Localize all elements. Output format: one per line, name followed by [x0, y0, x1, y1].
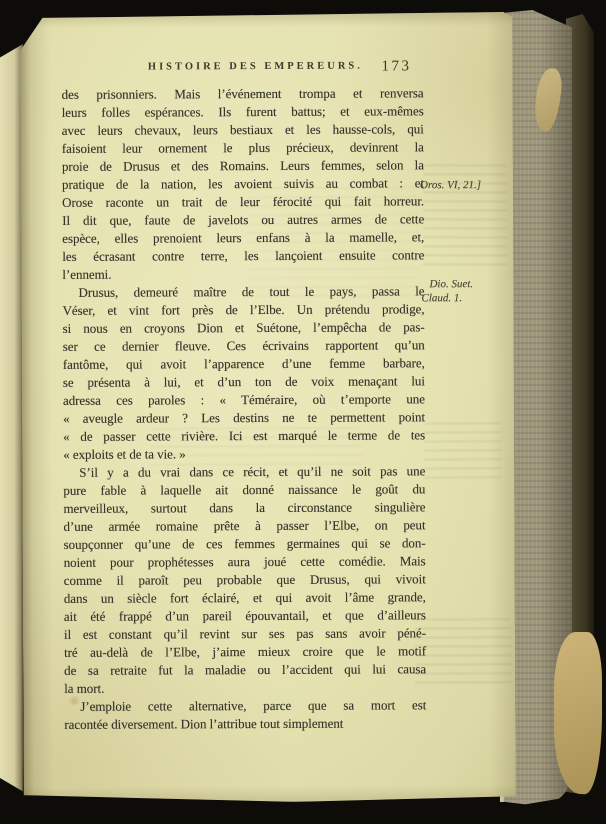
text-line: si nous en croyons Dion et Suétone, l’em…	[63, 318, 425, 338]
text-line: faisoient leur ornement le plus précieux…	[62, 138, 424, 158]
facing-page-edge	[0, 44, 23, 796]
text-line: avec leurs chevaux, leurs bestiaux et le…	[62, 120, 424, 140]
book-page: HISTOIRE DES EMPEREURS. 173 des prisonni…	[20, 12, 515, 803]
page-text: des prisonniers. Mais l’événement trompa…	[62, 84, 427, 734]
text-line: pratique de la nation, les avoient suivi…	[62, 174, 424, 194]
show-through-text	[415, 618, 511, 690]
text-line: S’il y a du vrai dans ce récit, et qu’il…	[63, 462, 425, 482]
margin-note-claud: Claud. 1.	[421, 292, 462, 304]
page-header: HISTOIRE DES EMPEREURS. 173	[61, 60, 423, 82]
text-line: Il dit que, faute de javelots ou autres …	[62, 210, 424, 230]
text-line: J’emploie cette alternative, parce que s…	[64, 696, 426, 716]
text-line: Drusus, demeuré maître de tout le pays, …	[62, 282, 424, 302]
text-line: d’une armée romaine prête à passer l’Elb…	[63, 516, 425, 536]
text-line: comme il paroît peu probable que Drusus,…	[64, 570, 426, 590]
text-line: fantôme, qui avoit l’apparence d’une fem…	[63, 354, 425, 374]
show-through-text	[424, 422, 502, 484]
running-header: HISTOIRE DES EMPEREURS.	[148, 61, 363, 73]
text-line: « aveugle ardeur ? Les destins ne te per…	[63, 408, 425, 428]
text-line: tré au-delà de l’Elbe, j’aime mieux croi…	[64, 642, 426, 662]
text-line: la mort.	[64, 678, 426, 698]
text-line: il est constant qu’il revint sur ses pas…	[64, 624, 426, 644]
text-line: de sa retraite fut la maladie ou l’accid…	[64, 660, 426, 680]
text-line: se présenta à lui, et d’un ton de voix m…	[63, 372, 425, 392]
text-line: soupçonner qu’une de ces femmes germaine…	[64, 534, 426, 554]
text-line: Véser, et vint fort près de l’Elbe. Un p…	[63, 300, 425, 320]
text-line: les écrasant contre terre, les lançoient…	[62, 246, 424, 266]
text-line: des prisonniers. Mais l’événement trompa…	[62, 84, 424, 104]
text-line: adressa ces paroles : « Téméraire, où t’…	[63, 390, 425, 410]
text-line: « exploits et de ta vie. »	[63, 444, 425, 464]
page-number: 173	[381, 58, 411, 75]
text-line: ser ce dernier fleuve. Ces écrivains rap…	[63, 336, 425, 356]
text-line: Orose raconte un trait de leur férocité …	[62, 192, 424, 212]
margin-note-oros: Oros. VI, 21.]	[420, 179, 481, 191]
text-line: proie de Drusus et des Romains. Leurs fe…	[62, 156, 424, 176]
margin-note-dio-suet: Dio. Suet.	[429, 278, 473, 290]
text-line: espèce, elles prenoient leurs enfans à l…	[62, 228, 424, 248]
scanned-book-page-photo: HISTOIRE DES EMPEREURS. 173 des prisonni…	[0, 0, 606, 824]
text-line: noient pour prophétesses aura joué cette…	[64, 552, 426, 572]
text-line: l’ennemi.	[62, 264, 424, 284]
worn-cover-patch	[554, 632, 602, 794]
text-line: dans un siècle fort éclairé, et qui avoi…	[64, 588, 426, 608]
text-line: leurs folles espérances. Ils furent batt…	[62, 102, 424, 122]
text-line: racontée diversement. Dion l’attribue to…	[64, 714, 426, 734]
text-line: pure fable à laquelle ait donné naissanc…	[63, 480, 425, 500]
text-line: merveilleux, surtout dans la circonstanc…	[63, 498, 425, 518]
text-line: ait été frappé d’un pareil épouvantail, …	[64, 606, 426, 626]
text-line: « de passer cette rivière. Ici est marqu…	[63, 426, 425, 446]
